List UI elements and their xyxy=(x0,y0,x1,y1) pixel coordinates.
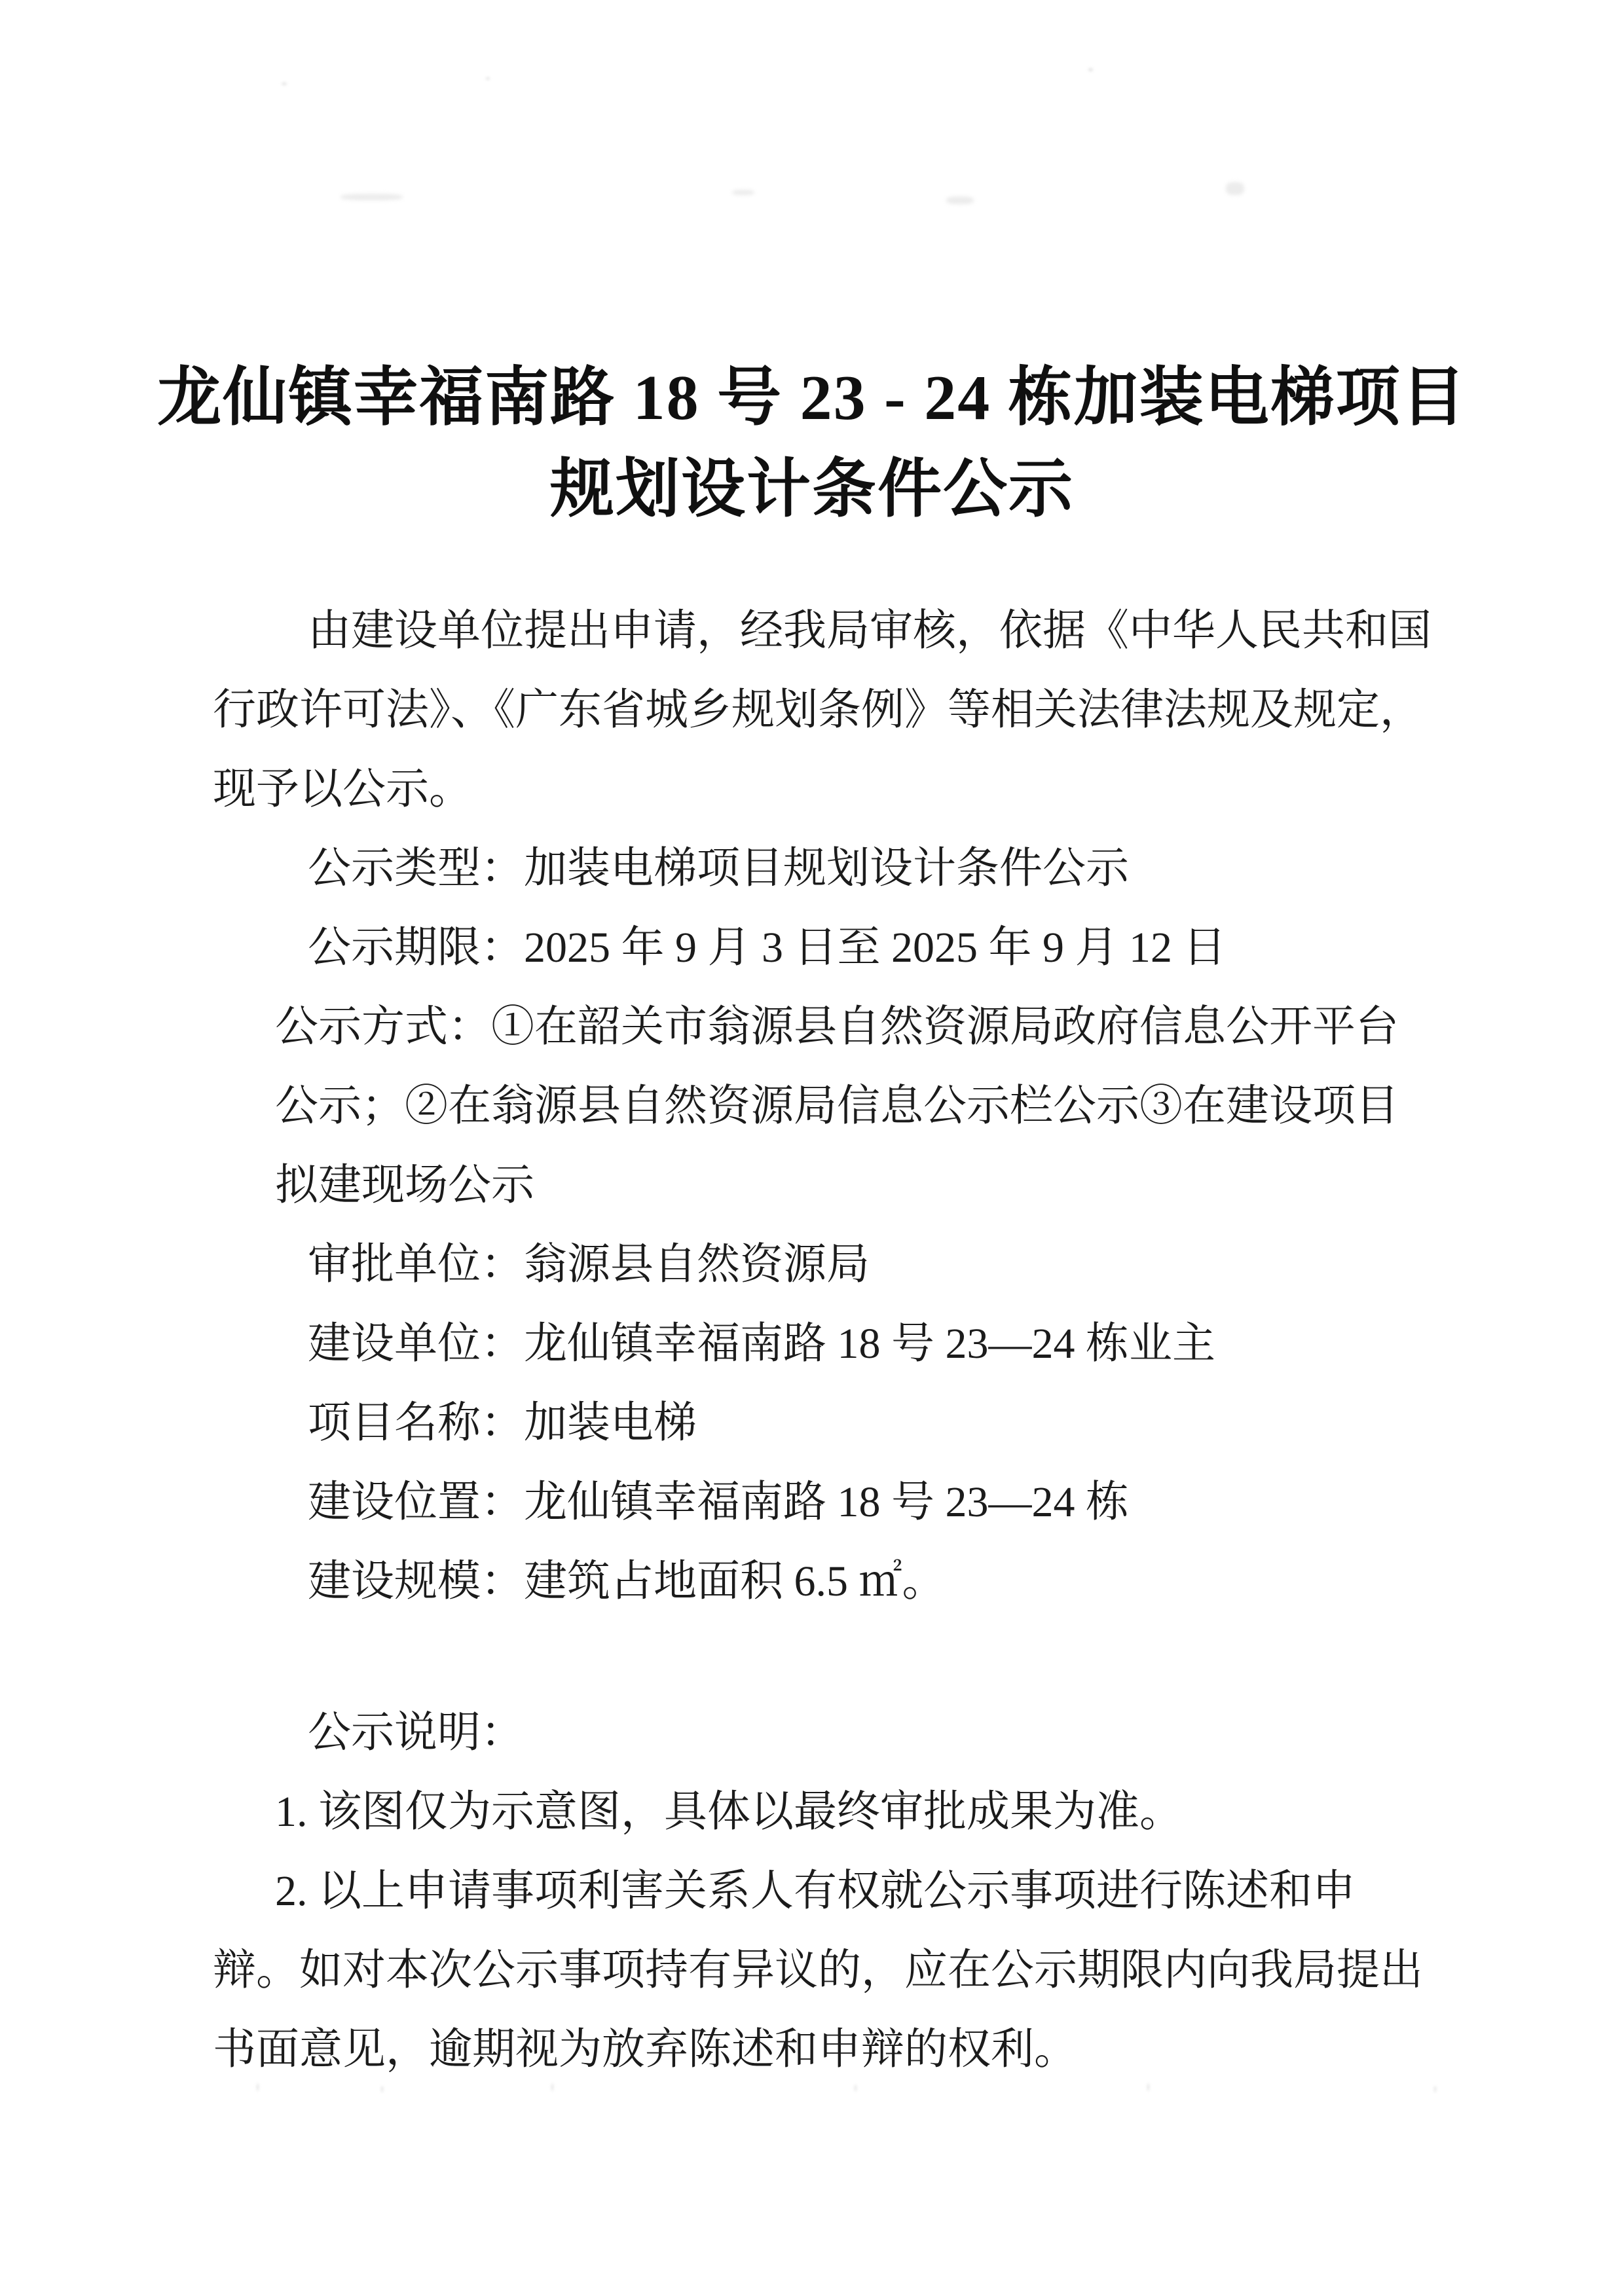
scan-artifact xyxy=(257,2083,259,2091)
note-2-line-3: 书面意见，逾期视为放弃陈述和申辩的权利。 xyxy=(213,2010,1519,2089)
scan-artifact xyxy=(1226,182,1244,195)
document-body: 由建设单位提出申请，经我局审核，依据《中华人民共和国 行政许可法》、《广东省城乡… xyxy=(213,591,1519,2089)
intro-line-3: 现予以公示。 xyxy=(213,750,1519,829)
scan-artifact xyxy=(341,194,403,200)
note-1: 1. 该图仅为示意图，具体以最终审批成果为准。 xyxy=(213,1772,1519,1851)
title-line-1: 龙仙镇幸福南路 18 号 23 - 24 栋加装电梯项目 xyxy=(0,352,1624,444)
title-line-2: 规划设计条件公示 xyxy=(0,444,1624,536)
scan-artifact xyxy=(282,82,287,85)
field-publicity-type: 公示类型：加装电梯项目规划设计条件公示 xyxy=(213,829,1519,908)
field-project-name: 项目名称：加装电梯 xyxy=(213,1383,1519,1463)
field-construction-scale: 建设规模：建筑占地面积 6.5 ㎡。 xyxy=(213,1542,1519,1621)
note-2-line-2: 辩。如对本次公示事项持有异议的，应在公示期限内向我局提出 xyxy=(213,1931,1519,2010)
scan-artifact xyxy=(1434,2086,1436,2092)
scan-artifact xyxy=(732,190,754,195)
scan-artifact xyxy=(381,2086,383,2092)
field-publicity-method-line-2: 公示；②在翁源县自然资源局信息公示栏公示③在建设项目 xyxy=(213,1066,1519,1146)
notes-heading: 公示说明： xyxy=(213,1693,1519,1772)
field-construction-location: 建设位置：龙仙镇幸福南路 18 号 23—24 栋 xyxy=(213,1463,1519,1542)
note-2-line-1: 2. 以上申请事项利害关系人有权就公示事项进行陈述和申 xyxy=(213,1851,1519,1931)
scan-artifact xyxy=(1088,68,1093,71)
field-publicity-period: 公示期限：2025 年 9 月 3 日至 2025 年 9 月 12 日 xyxy=(213,908,1519,987)
scan-artifact xyxy=(1147,2083,1149,2091)
document-title: 龙仙镇幸福南路 18 号 23 - 24 栋加装电梯项目 规划设计条件公示 xyxy=(0,352,1624,536)
field-publicity-method-line-1: 公示方式：①在韶关市翁源县自然资源局政府信息公开平台 xyxy=(213,987,1519,1066)
intro-line-2: 行政许可法》、《广东省城乡规划条例》等相关法律法规及规定， xyxy=(213,670,1519,750)
intro-line-1: 由建设单位提出申请，经我局审核，依据《中华人民共和国 xyxy=(213,591,1519,670)
field-construction-unit: 建设单位：龙仙镇幸福南路 18 号 23—24 栋业主 xyxy=(213,1304,1519,1383)
scan-artifact xyxy=(486,77,490,80)
scan-artifact xyxy=(551,2083,553,2091)
scan-artifact xyxy=(855,2085,857,2092)
field-approval-unit: 审批单位：翁源县自然资源局 xyxy=(213,1225,1519,1304)
scan-artifact xyxy=(946,196,974,204)
document-page: 龙仙镇幸福南路 18 号 23 - 24 栋加装电梯项目 规划设计条件公示 由建… xyxy=(0,0,1624,2296)
field-publicity-method-line-3: 拟建现场公示 xyxy=(213,1146,1519,1225)
